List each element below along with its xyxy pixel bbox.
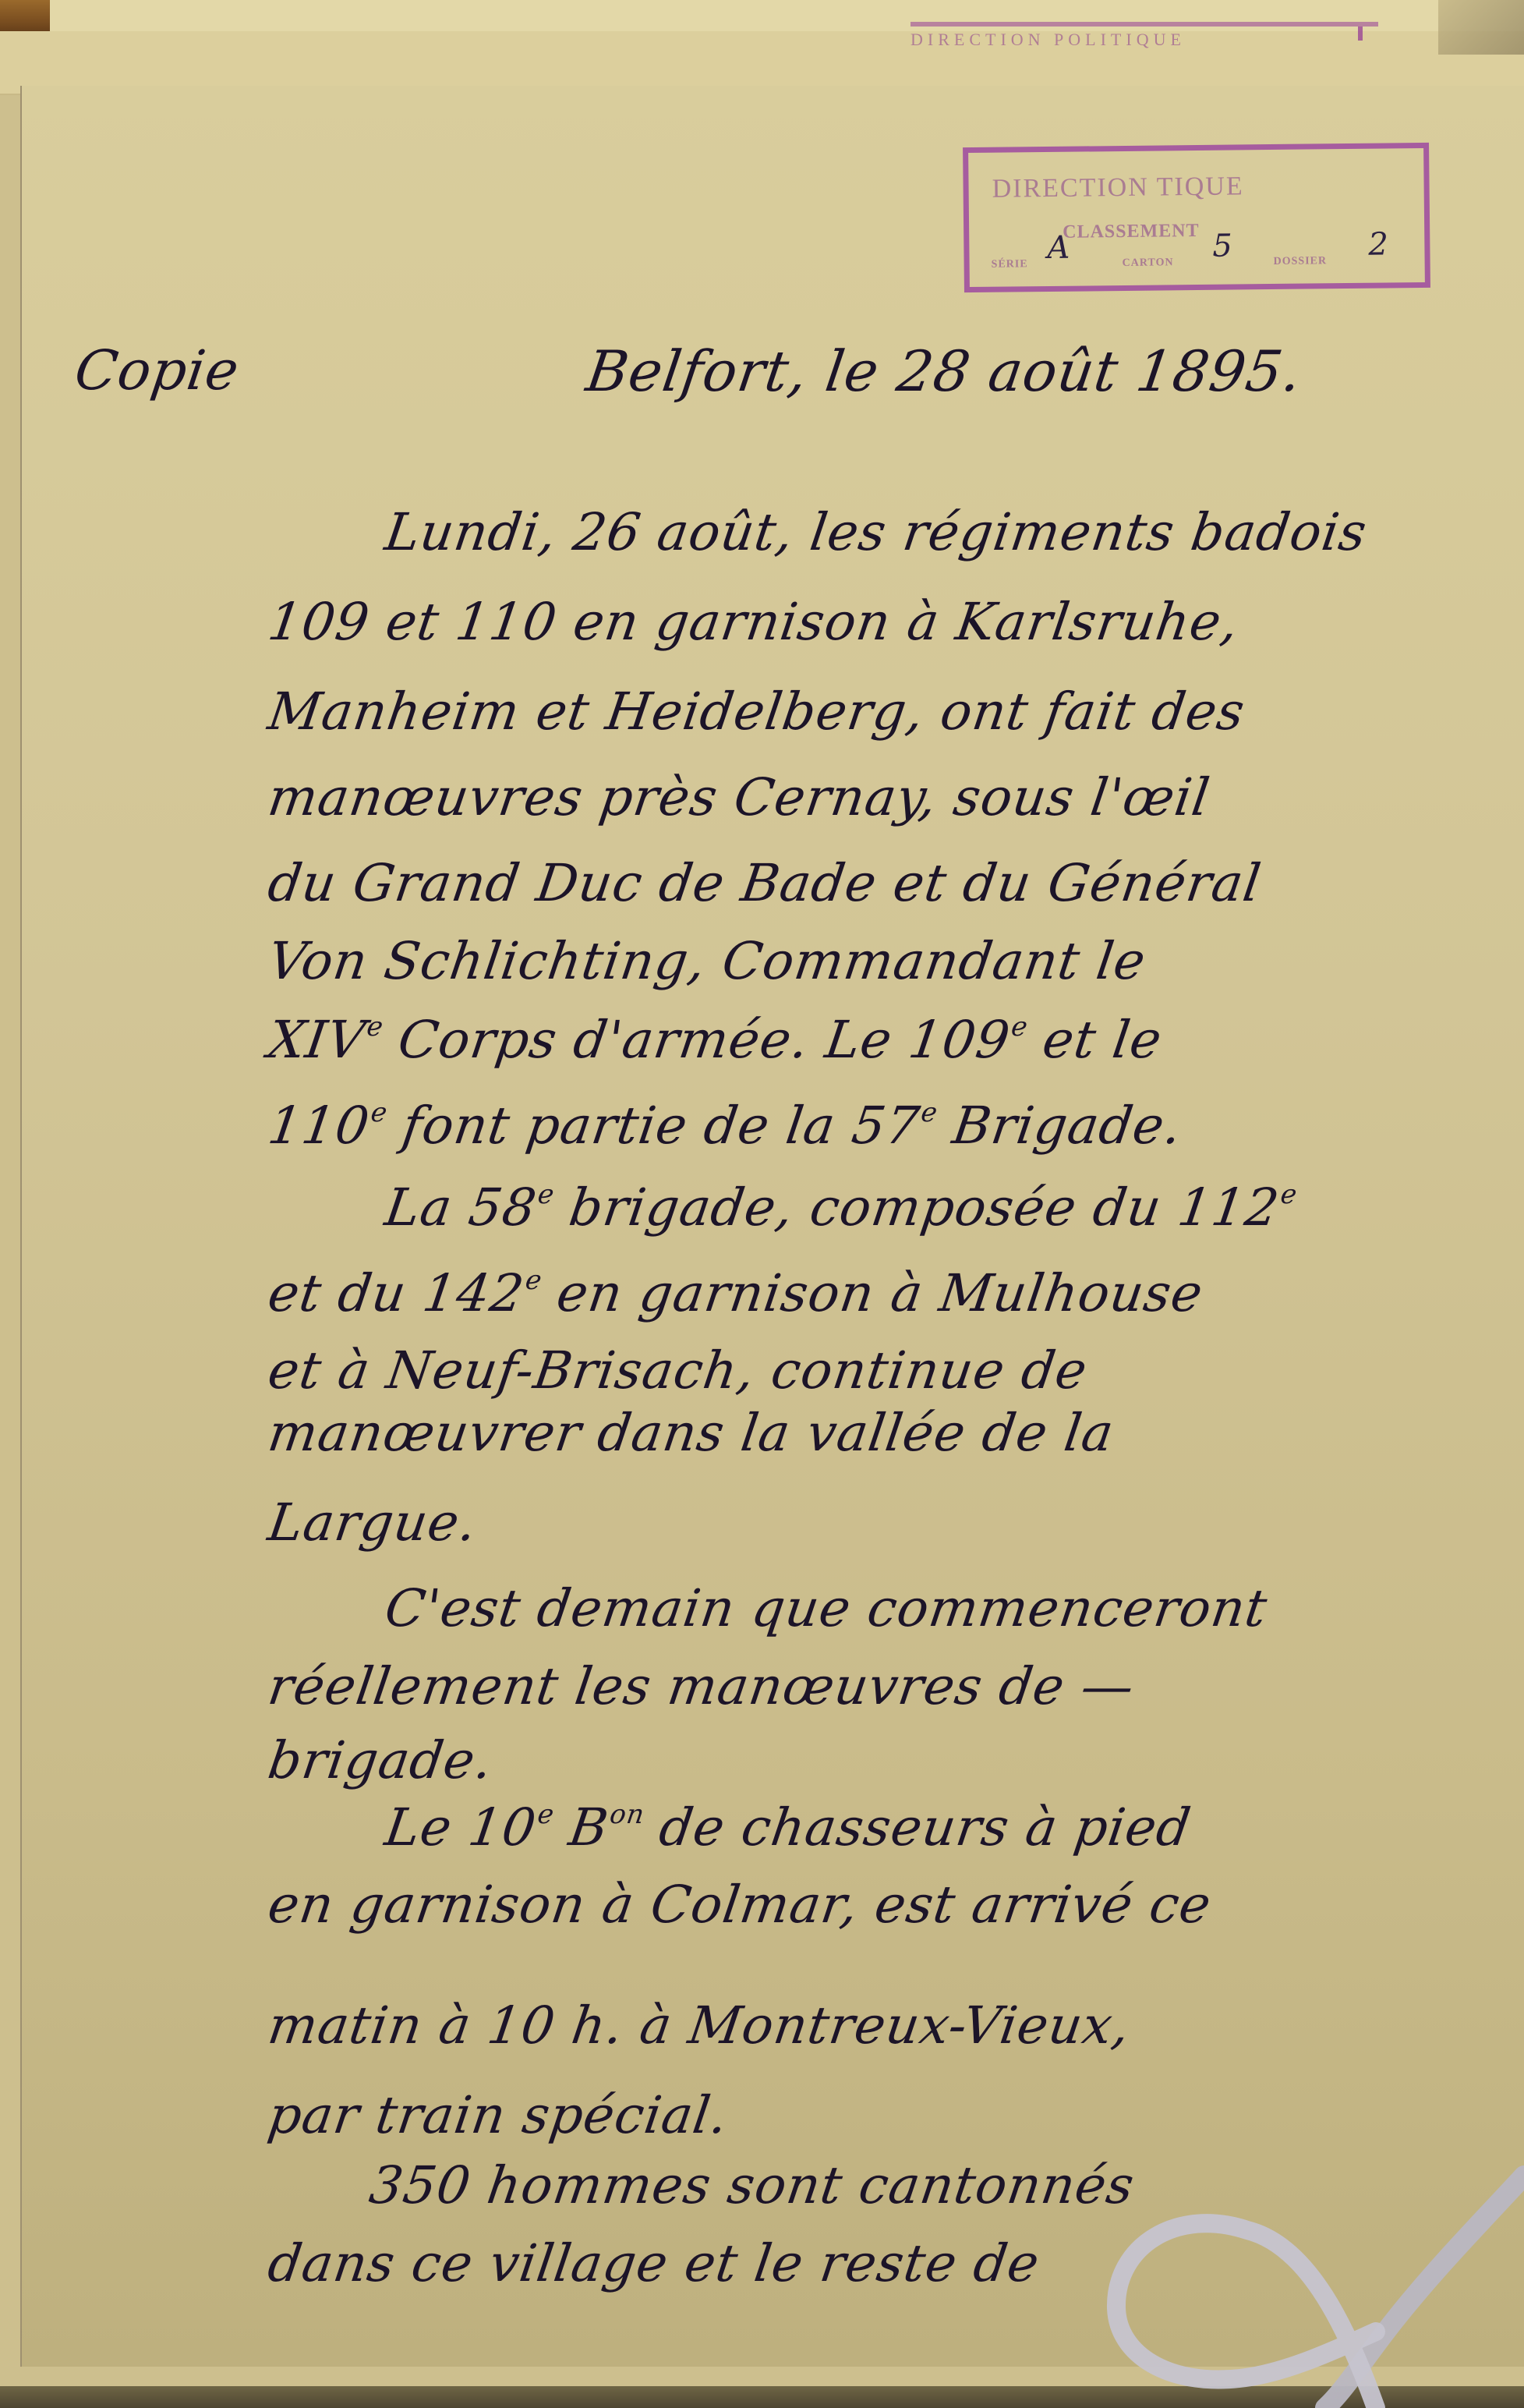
stamp-dossier-value: 2 (1368, 226, 1388, 262)
body-line-12: manœuvrer dans la vallée de la (265, 1408, 1117, 1459)
stamp-carton-label: CARTON (1123, 257, 1174, 270)
body-line-6: Von Schlichting, Commandant le (265, 936, 1149, 987)
body-line-21: 350 hommes sont cantonnés (366, 2160, 1137, 2211)
underlying-stamp-partial: DIRECTION POLITIQUE (911, 22, 1378, 53)
body-line-4: manœuvres près Cernay, sous l'œil (265, 772, 1213, 823)
body-line-19: matin à 10 h. à Montreux-Vieux, (265, 2000, 1133, 2052)
body-line-2: 109 et 110 en garnison à Karlsruhe, (265, 597, 1242, 648)
page-bottom-shadow (0, 2386, 1524, 2408)
body-line-1: Lundi, 26 août, les régiments badois (382, 507, 1370, 558)
body-line-15: réellement les manœuvres de — (265, 1661, 1137, 1712)
stamp-carton-value: 5 (1212, 228, 1232, 264)
body-line-3: Manheim et Heidelberg, ont fait des (265, 686, 1248, 738)
stamp-bar (1358, 22, 1363, 41)
stamp-serie-label: SÉRIE (992, 258, 1028, 271)
body-line-9: La 58e brigade, composée du 112e (382, 1181, 1299, 1234)
body-line-11: et à Neuf-Brisach, continue de (265, 1345, 1091, 1397)
body-line-17: Le 10e Bon de chasseurs à pied (382, 1801, 1194, 1854)
body-line-13: Largue. (265, 1497, 480, 1549)
stamp-subtitle: CLASSEMENT (1063, 221, 1200, 243)
classement-stamp: DIRECTION TIQUE CLASSEMENT SÉRIE A CARTO… (963, 143, 1430, 292)
body-line-20: par train spécial. (265, 2090, 731, 2141)
body-line-7: XIVe Corps d'armée. Le 109e et le (265, 1014, 1165, 1066)
copy-label: Copie (72, 343, 242, 398)
body-line-14: C'est demain que commenceront (382, 1583, 1271, 1634)
body-line-8: 110e font partie de la 57e Brigade. (265, 1100, 1185, 1152)
body-line-18: en garnison à Colmar, est arrivé ce (265, 1879, 1215, 1931)
place-date: Belfort, le 28 août 1895. (583, 343, 1305, 399)
body-line-22: dans ce village et le reste de (265, 2238, 1043, 2289)
folder-corner-shadow (1438, 0, 1524, 55)
stamp-title: DIRECTION TIQUE (992, 172, 1243, 204)
body-line-16: brigade. (265, 1735, 496, 1787)
stamp-dossier-label: DOSSIER (1274, 255, 1328, 268)
body-line-10: et du 142e en garnison à Mulhouse (265, 1267, 1206, 1319)
stamp-serie-value: A (1047, 230, 1070, 266)
body-line-5: du Grand Duc de Bade et du Général (265, 858, 1264, 909)
